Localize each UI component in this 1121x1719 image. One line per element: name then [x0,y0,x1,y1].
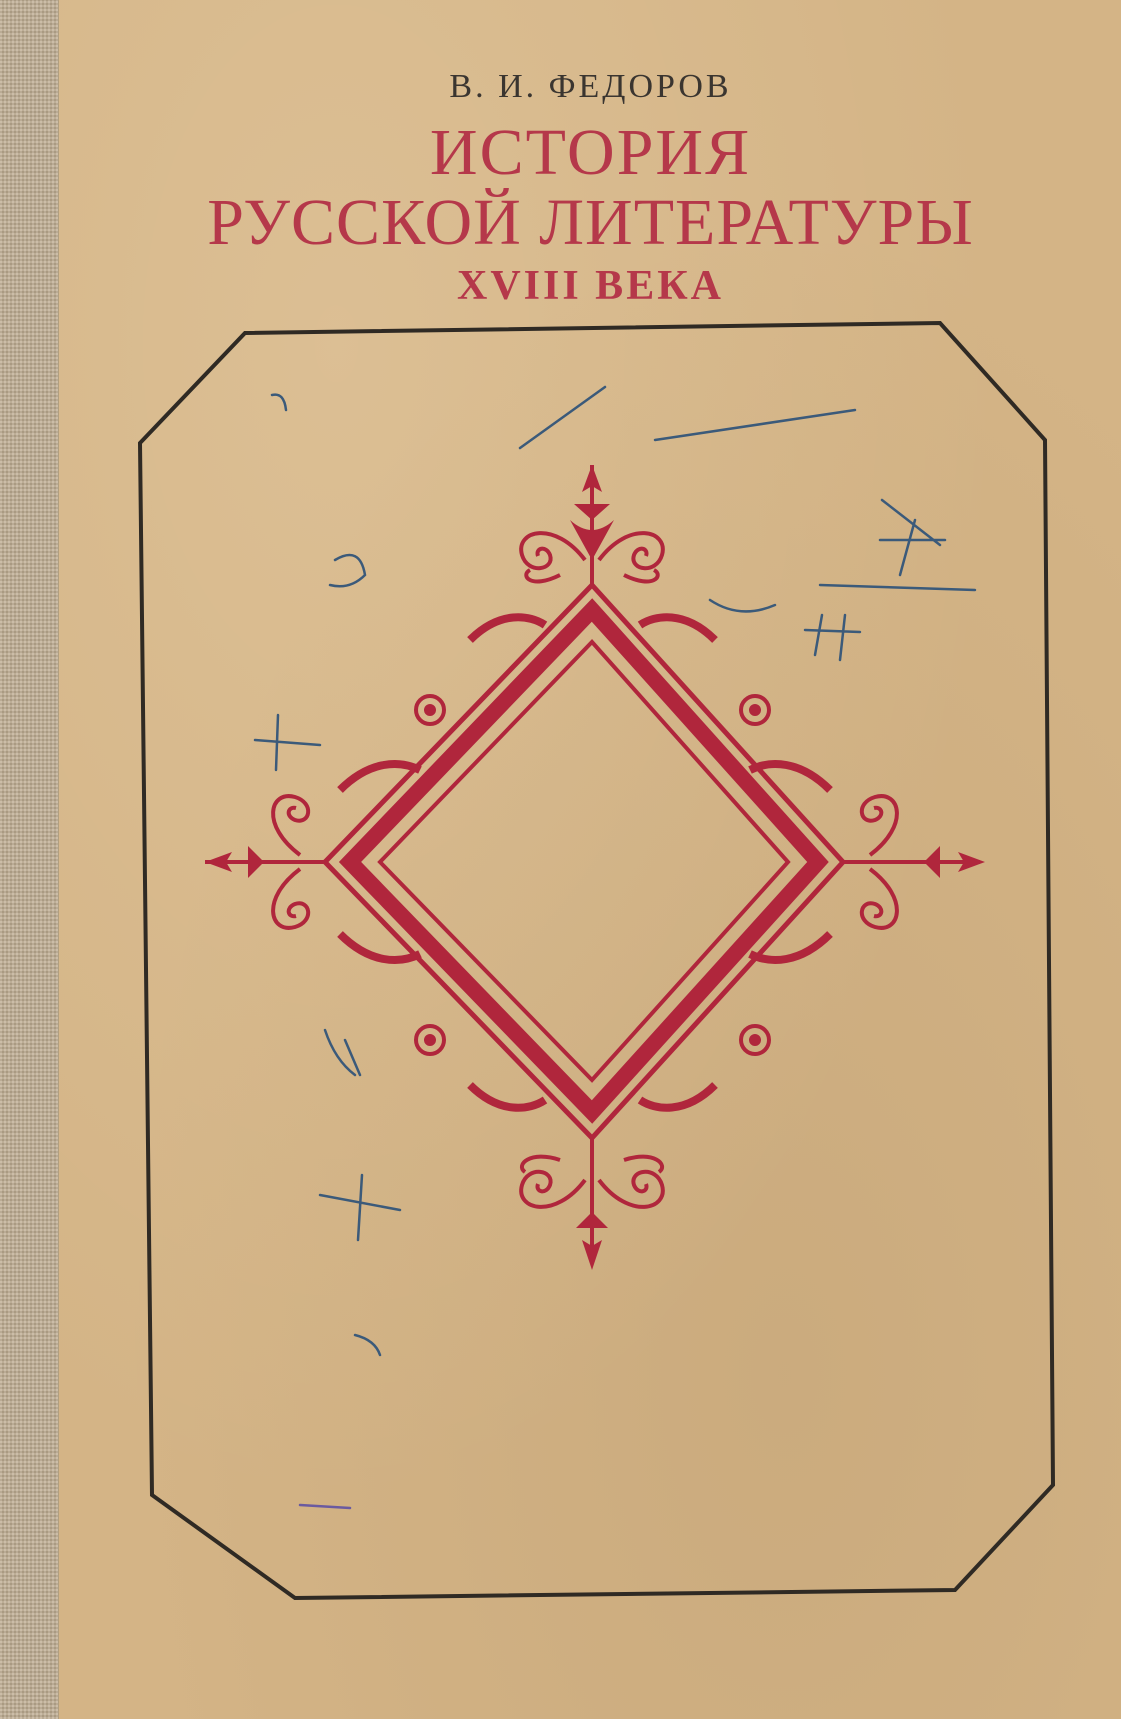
side-scroll-ornaments [416,617,769,1107]
top-finial-ornament [521,465,663,585]
right-finial-ornament [750,764,985,960]
bottom-finial-ornament [521,1138,663,1270]
cover-artwork [0,0,1121,1719]
book-cover: В. И. ФЕДОРОВ ИСТОРИЯ РУССКОЙ ЛИТЕРАТУРЫ… [0,0,1121,1719]
